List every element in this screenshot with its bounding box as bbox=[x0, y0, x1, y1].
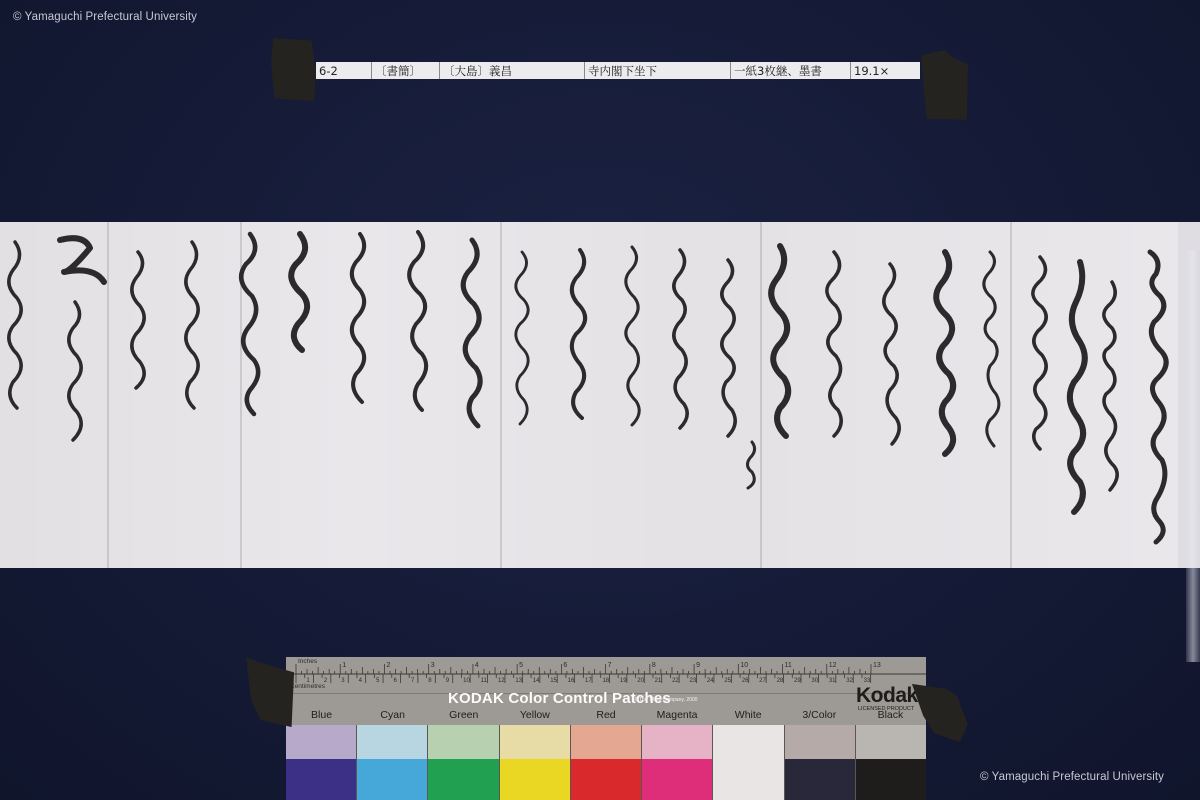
svg-text:5: 5 bbox=[519, 662, 523, 669]
svg-text:10: 10 bbox=[463, 678, 470, 684]
patch-name-white: White bbox=[713, 709, 784, 725]
patch-light bbox=[286, 725, 356, 759]
svg-text:7: 7 bbox=[411, 678, 415, 684]
svg-text:13: 13 bbox=[873, 662, 881, 669]
copyright-watermark-top: © Yamaguchi Prefectural University bbox=[13, 11, 197, 23]
svg-text:30: 30 bbox=[811, 678, 818, 684]
calligraphy-text bbox=[0, 222, 1178, 568]
color-patches bbox=[286, 725, 926, 800]
patch-name-green: Green bbox=[428, 709, 499, 725]
svg-text:11: 11 bbox=[785, 662, 792, 669]
patch-light bbox=[500, 725, 570, 759]
patch-blue bbox=[286, 725, 357, 800]
svg-text:3: 3 bbox=[431, 662, 435, 669]
patch-cyan bbox=[357, 725, 428, 800]
patch-3color bbox=[785, 725, 856, 800]
svg-text:4: 4 bbox=[475, 662, 479, 669]
patch-dark bbox=[286, 759, 356, 800]
tape-piece-top-left bbox=[271, 38, 316, 101]
patch-black bbox=[856, 725, 926, 800]
glass-weight bbox=[1186, 250, 1200, 662]
svg-text:7: 7 bbox=[608, 662, 612, 669]
patch-name-red: Red bbox=[570, 709, 641, 725]
svg-text:31: 31 bbox=[829, 678, 836, 684]
patch-light bbox=[713, 725, 783, 759]
patch-light bbox=[428, 725, 498, 759]
svg-text:9: 9 bbox=[446, 678, 450, 684]
svg-text:27: 27 bbox=[759, 678, 766, 684]
patch-light bbox=[785, 725, 855, 759]
patch-name-cyan: Cyan bbox=[357, 709, 428, 725]
patch-light bbox=[571, 725, 641, 759]
svg-text:16: 16 bbox=[568, 678, 575, 684]
card-copyright: © The Tiffen Company, 2000 bbox=[634, 697, 697, 703]
patch-light bbox=[856, 725, 926, 759]
svg-text:17: 17 bbox=[585, 678, 592, 684]
svg-text:15: 15 bbox=[550, 678, 557, 684]
kodak-logo: Kodak bbox=[856, 684, 918, 708]
svg-text:8: 8 bbox=[428, 678, 432, 684]
catalog-label-strip: 6-2 〔書簡〕 〔大島〕義昌 寺内閣下坐下 一紙3枚継、墨書 19.1× bbox=[316, 62, 920, 79]
svg-text:26: 26 bbox=[742, 678, 749, 684]
svg-text:20: 20 bbox=[637, 678, 644, 684]
tape-piece-top-right bbox=[921, 50, 968, 120]
copyright-watermark-bottom: © Yamaguchi Prefectural University bbox=[980, 771, 1164, 783]
svg-text:13: 13 bbox=[515, 678, 522, 684]
patch-dark bbox=[642, 759, 712, 800]
svg-text:12: 12 bbox=[498, 678, 505, 684]
label-cell-type: 〔書簡〕 bbox=[372, 62, 440, 79]
svg-text:1: 1 bbox=[342, 662, 346, 669]
svg-text:25: 25 bbox=[724, 678, 731, 684]
svg-text:12: 12 bbox=[829, 662, 837, 669]
calligraphy-scroll bbox=[0, 222, 1178, 568]
svg-text:18: 18 bbox=[602, 678, 609, 684]
label-cell-size: 19.1× bbox=[851, 62, 920, 79]
patch-magenta bbox=[642, 725, 713, 800]
patch-name-3color: 3/Color bbox=[784, 709, 855, 725]
svg-text:6: 6 bbox=[393, 678, 397, 684]
patch-light bbox=[642, 725, 712, 759]
svg-text:21: 21 bbox=[655, 678, 662, 684]
label-cell-author: 〔大島〕義昌 bbox=[440, 62, 585, 79]
patch-red bbox=[571, 725, 642, 800]
label-cell-recipient: 寺内閣下坐下 bbox=[585, 62, 731, 79]
svg-text:9: 9 bbox=[696, 662, 700, 669]
svg-text:32: 32 bbox=[846, 678, 853, 684]
patch-dark bbox=[428, 759, 498, 800]
svg-text:23: 23 bbox=[690, 678, 697, 684]
svg-text:22: 22 bbox=[672, 678, 679, 684]
svg-text:29: 29 bbox=[794, 678, 801, 684]
patch-dark bbox=[713, 759, 783, 800]
svg-text:24: 24 bbox=[707, 678, 714, 684]
inches-label: Inches bbox=[298, 658, 317, 665]
patch-light bbox=[357, 725, 427, 759]
patch-name-yellow: Yellow bbox=[499, 709, 570, 725]
patch-names: Blue Cyan Green Yellow Red Magenta White… bbox=[286, 709, 926, 725]
patch-dark bbox=[856, 759, 926, 800]
svg-text:10: 10 bbox=[740, 662, 748, 669]
patch-green bbox=[428, 725, 499, 800]
svg-text:4: 4 bbox=[359, 678, 363, 684]
label-cell-id: 6-2 bbox=[316, 62, 372, 79]
label-cell-format: 一紙3枚継、墨書 bbox=[731, 62, 851, 79]
patch-yellow bbox=[500, 725, 571, 800]
patch-white bbox=[713, 725, 784, 800]
patch-name-black: Black bbox=[855, 709, 926, 725]
patch-dark bbox=[571, 759, 641, 800]
svg-text:8: 8 bbox=[652, 662, 656, 669]
patch-dark bbox=[357, 759, 427, 800]
patch-name-blue: Blue bbox=[286, 709, 357, 725]
svg-text:14: 14 bbox=[533, 678, 540, 684]
svg-text:2: 2 bbox=[386, 662, 390, 669]
centimetres-label: Centimetres bbox=[290, 683, 325, 690]
svg-text:3: 3 bbox=[341, 678, 345, 684]
patch-dark bbox=[500, 759, 570, 800]
svg-text:28: 28 bbox=[777, 678, 784, 684]
svg-text:5: 5 bbox=[376, 678, 380, 684]
svg-text:11: 11 bbox=[481, 678, 488, 684]
patch-dark bbox=[785, 759, 855, 800]
kodak-color-card: 1234567891011121312345678910111213141516… bbox=[286, 657, 926, 800]
patch-name-magenta: Magenta bbox=[642, 709, 713, 725]
svg-text:6: 6 bbox=[563, 662, 567, 669]
ruler: 1234567891011121312345678910111213141516… bbox=[286, 657, 926, 694]
svg-text:19: 19 bbox=[620, 678, 627, 684]
